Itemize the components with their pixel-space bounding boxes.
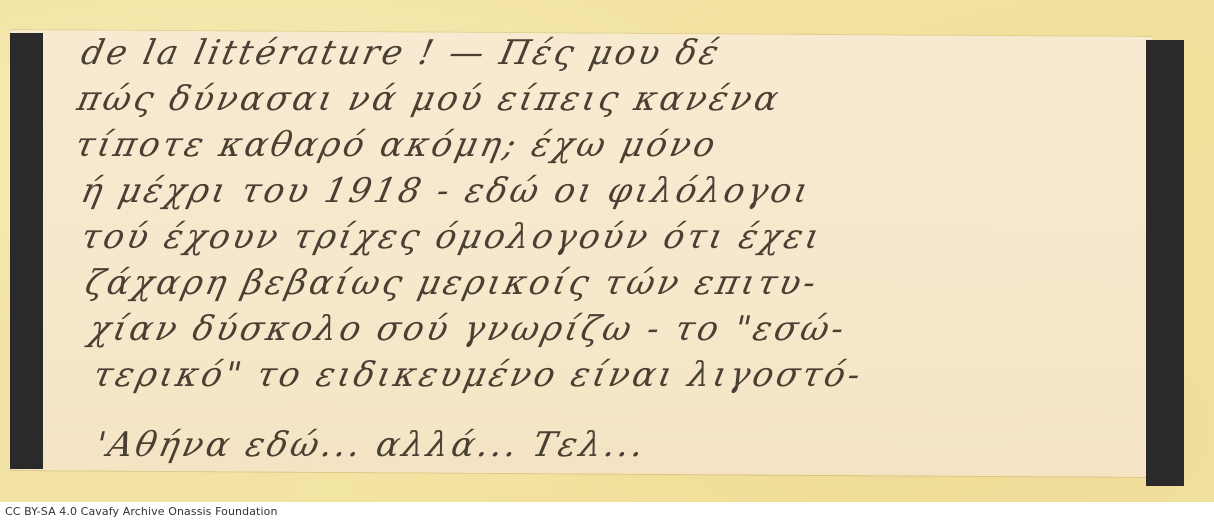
handwriting-line-4: ή μέχρι του 1918 - εδώ οι φιλόλογοι (78, 174, 814, 208)
handwriting-line-9: 'Αθήνα εδώ... αλλά... Τελ... (92, 428, 649, 462)
handwriting-line-2: πώς δύνασαι νά μού είπεις κανένα (74, 82, 784, 116)
handwriting-line-3: τίποτε καθαρό ακόμη; έχω μόνο (72, 128, 721, 162)
scanned-manuscript: de la littérature ! — Πές μου δέ πώς δύν… (0, 0, 1214, 502)
handwriting-line-7: χίαν δύσκολο σού γνωρίζω - το "εσώ- (86, 312, 849, 346)
handwriting-line-5: τού έχουν τρίχες όμολογούν ότι έχει (78, 220, 825, 254)
handwritten-text: de la littérature ! — Πές μου δέ πώς δύν… (60, 28, 1140, 473)
handwriting-line-1: de la littérature ! — Πές μου δέ (78, 36, 724, 70)
left-mourning-border (10, 33, 43, 469)
license-credit: CC BY-SA 4.0 Cavafy Archive Onassis Foun… (5, 505, 278, 518)
handwriting-line-6: ζάχαρη βεβαίως μερικοίς τών επιτυ- (82, 266, 821, 300)
handwriting-line-8: τερικό" το ειδικευμένο είναι λιγοστό- (90, 358, 866, 392)
right-mourning-border (1146, 40, 1184, 486)
